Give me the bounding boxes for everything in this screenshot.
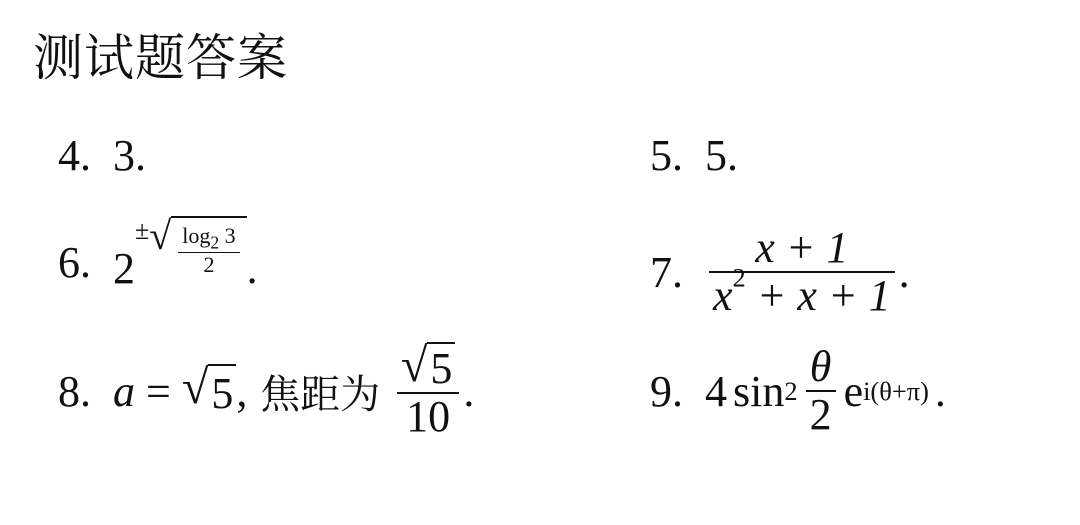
- sqrt: √5: [182, 364, 237, 419]
- plus-minus-sign: ±: [135, 216, 149, 246]
- denominator: 10: [402, 394, 454, 440]
- numerator: θ: [806, 344, 836, 390]
- answer-5: 5. 5.: [650, 130, 738, 181]
- radicand: 5: [208, 364, 236, 419]
- log: log: [182, 223, 210, 248]
- denominator: 2: [199, 253, 218, 276]
- period: .: [247, 243, 258, 294]
- base: 2: [113, 243, 135, 294]
- fraction: log2 3 2: [178, 224, 239, 276]
- denominator: 2: [806, 392, 836, 438]
- question-number: 9.: [650, 366, 683, 417]
- question-number: 8.: [58, 366, 91, 417]
- sqrt: √ log2 3 2: [149, 216, 246, 276]
- log-base: 2: [210, 232, 219, 252]
- period: .: [935, 366, 946, 417]
- comma: ,: [236, 366, 247, 417]
- fraction: √5 10: [397, 342, 460, 440]
- denominator-rest: + x + 1: [746, 271, 891, 320]
- period: .: [463, 366, 474, 417]
- x: x: [713, 271, 733, 320]
- radicand: 5: [427, 342, 455, 392]
- e: e: [844, 366, 864, 417]
- question-number: 7.: [650, 247, 683, 298]
- exponent: 2: [733, 262, 746, 292]
- equals: =: [135, 366, 182, 417]
- sin-function: sin: [733, 366, 784, 417]
- answer-8: 8. a = √5 , 焦距为 √5 10 .: [58, 326, 474, 456]
- period: .: [899, 247, 910, 298]
- variable-a: a: [113, 366, 135, 417]
- question-number: 4.: [58, 130, 91, 181]
- log-arg: 3: [225, 223, 236, 248]
- radical-icon: √: [401, 342, 428, 392]
- fraction: x + 1 x2 + x + 1: [709, 225, 895, 319]
- page-title: 测试题答案: [33, 18, 288, 90]
- radical-icon: √: [182, 364, 209, 419]
- question-number: 6.: [58, 237, 91, 288]
- answer-value: 5.: [705, 130, 738, 181]
- answer-7: 7. x + 1 x2 + x + 1 .: [650, 212, 910, 332]
- answer-value: 3.: [113, 130, 146, 181]
- answer-9: 9. 4 sin2 θ 2 ei(θ+π) .: [650, 326, 946, 456]
- answer-6: 6. 2 ± √ log2 3 2 .: [58, 212, 258, 312]
- answer-4: 4. 3.: [58, 130, 146, 181]
- radical-icon: √: [149, 216, 171, 276]
- focal-distance-label: 焦距为: [247, 363, 392, 420]
- fraction: θ 2: [806, 344, 836, 438]
- question-number: 5.: [650, 130, 683, 181]
- coefficient: 4: [705, 366, 727, 417]
- numerator: x + 1: [751, 225, 852, 271]
